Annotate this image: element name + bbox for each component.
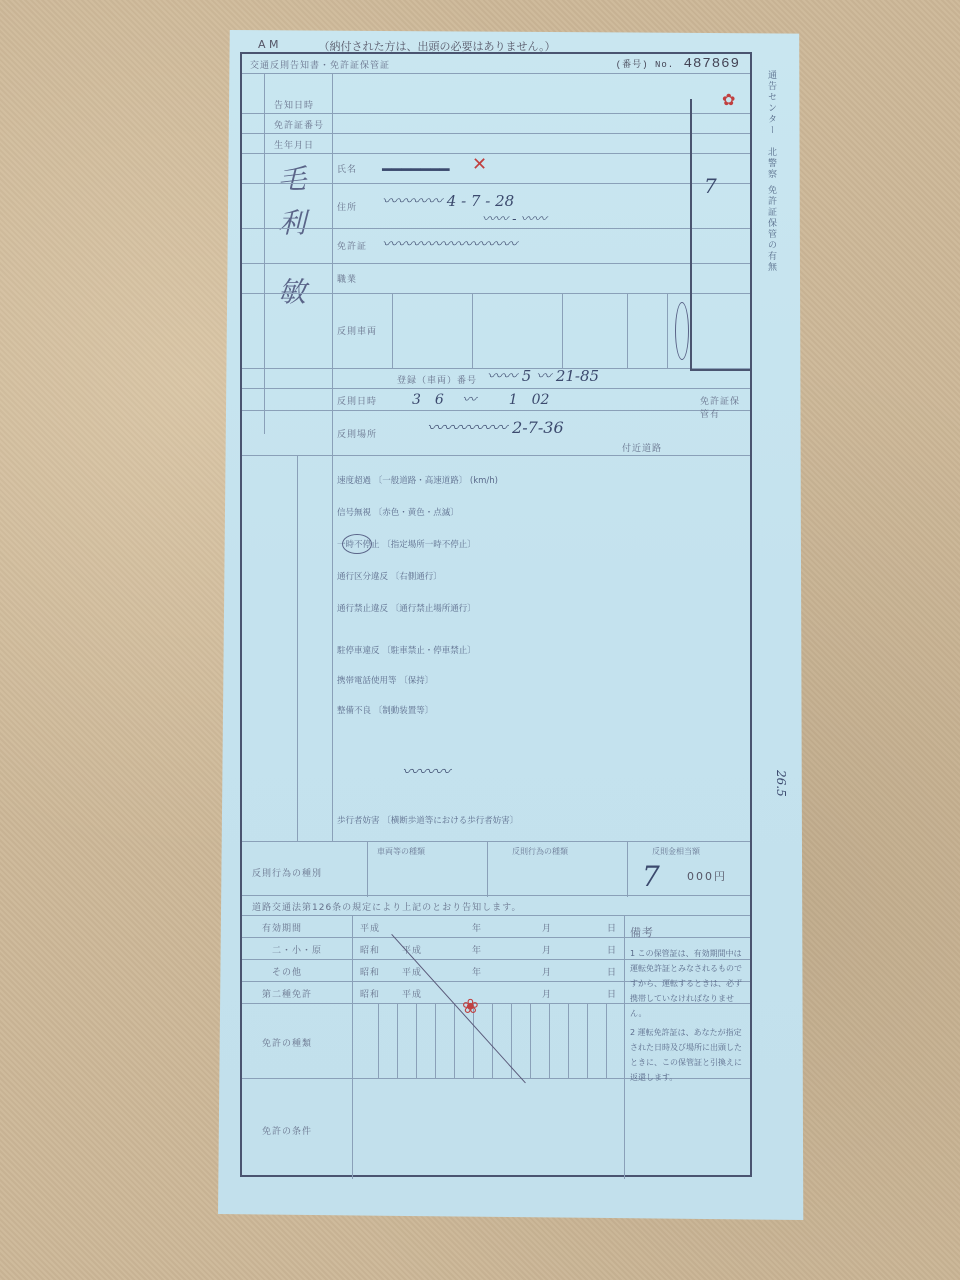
form-title: 交通反則告知書・免許証保管証 <box>250 58 390 71</box>
violation-item: 駐停車違反 〔駐車禁止・停車禁止〕 <box>337 644 476 656</box>
label-nearby: 付近道路 <box>622 441 662 454</box>
traffic-ticket-paper: A M （納付された方は、出頭の必要はありません。） 通告センター 北警察 免許… <box>218 30 808 1220</box>
label-occupation: 職業 <box>337 272 357 285</box>
violation-item: 通行区分違反 〔右側通行〕 <box>337 570 442 582</box>
circled-option <box>675 302 689 360</box>
side-header-text: 通告センター 北警察 免許証保管の有無 <box>765 70 778 370</box>
label-name: 氏名 <box>337 162 357 175</box>
violation-item: 整備不良 〔制動装置等〕 <box>337 704 433 716</box>
label-birth: 生年月日 <box>274 138 314 151</box>
remarks-box: 備考 1 この保管証は、有効期間中は運転免許証とみなされるものですから、運転する… <box>630 924 748 1085</box>
amount-handwritten: 7 <box>642 860 660 893</box>
ticket-form-frame: 交通反則告知書・免許証保管証 (番号) No. 487869 毛利 敏 告知日時… <box>240 52 752 1177</box>
label-violation-datetime: 反則日時 <box>337 394 377 407</box>
serial-number: (番号) No. 487869 <box>616 56 740 72</box>
violation-item: 信号無視 〔赤色・黄色・点滅〕 <box>337 506 459 518</box>
label-license-no: 免許証番号 <box>274 118 324 131</box>
label-violation-type: 反則行為の種別 <box>252 866 322 879</box>
violation-item: 歩行者妨害 〔横断歩道等における歩行者妨害〕 <box>337 814 518 826</box>
title-row: 交通反則告知書・免許証保管証 (番号) No. 487869 <box>242 54 750 74</box>
label-license-held: 免許証保管有 <box>700 394 740 420</box>
violation-item: 速度超過 〔一般道路・高速道路〕 (km/h) <box>337 474 498 486</box>
red-seal: ❀ <box>462 994 479 1018</box>
officer-signature: 〰〰〰 <box>402 759 450 782</box>
label-violation-date: 告知日時 <box>274 98 314 111</box>
violation-item: 通行禁止違反 〔通行禁止場所通行〕 <box>337 602 476 614</box>
label-license: 免許証 <box>337 239 367 252</box>
legal-notice: 道路交通法第126条の規定により上記のとおり告知します。 <box>252 900 521 913</box>
side-handwritten-date: 26.5 <box>774 770 788 797</box>
violation-item: 携帯電話使用等 〔保持〕 <box>337 674 433 686</box>
label-violation-place: 反則場所 <box>337 427 377 440</box>
violation-type-row: 反則行為の種別 車両等の種類 反則行為の種類 反則金相当額 7 000円 <box>242 841 750 896</box>
circled-violation <box>342 534 372 554</box>
label-registration: 登録（車両）番号 <box>397 373 477 386</box>
label-address: 住所 <box>337 200 357 213</box>
amount-printed: 000円 <box>687 868 727 884</box>
label-vehicle: 反則車両 <box>337 324 377 337</box>
